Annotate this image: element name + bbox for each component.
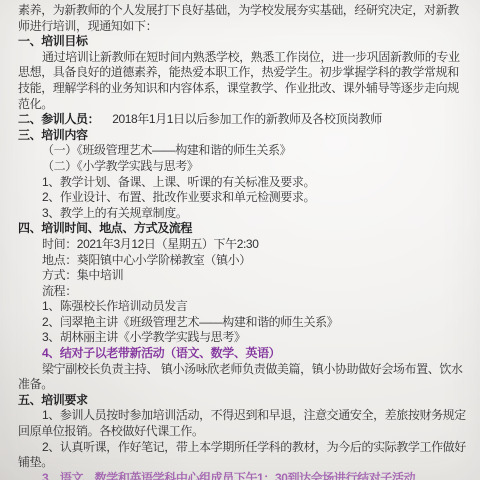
doc-line: （一）《班级管理艺术——构建和谐的师生关系》 xyxy=(0,143,480,159)
doc-line: 3、胡林丽主讲《小学教学实践与思考》 xyxy=(0,330,480,346)
doc-line: 梁宁副校长负责主持、 镇小汤咏欣老师负责做美篇，镇小协助做好会场布置、饮水 xyxy=(0,362,480,378)
section-heading-participants: 二、参训人员：2018年1月1日以后参加工作的新教师及各校顶岗教师 xyxy=(0,112,480,128)
doc-line: 素养，为新教师的个人发展打下良好基础，为学校发展夯实基础，经研究决定，对新教 xyxy=(0,3,480,19)
document-photo: 素养，为新教师的个人发展打下良好基础，为学校发展夯实基础，经研究决定，对新教 师… xyxy=(0,0,480,480)
doc-line: 1、陈强校长作培训动员发言 xyxy=(0,299,480,315)
doc-line-mode: 方式：集中培训 xyxy=(0,268,480,284)
participants-value: 2018年1月1日以后参加工作的新教师及各校顶岗教师 xyxy=(112,112,382,126)
doc-line-highlight-clipped: 3、语文、数学和英语学科中心组成员下午1：30到达会场进行结对子活动 xyxy=(0,471,480,480)
doc-line: 通过培训让新教师在短时间内熟悉学校，熟悉工作岗位，进一步巩固新教师的专业 xyxy=(0,50,480,66)
participants-label: 二、参训人员： xyxy=(18,112,99,126)
doc-line: 1、教学计划、备课、上课、听课的有关标准及要求。 xyxy=(0,175,480,191)
doc-line: 铺垫。 xyxy=(0,455,480,471)
doc-line-place: 地点：葵阳镇中心小学阶梯教室（镇小） xyxy=(0,253,480,269)
doc-line: 1、参训人员按时参加培训活动，不得迟到和早退，注意交通安全，差旅按财务规定 xyxy=(0,408,480,424)
section-heading-goals: 一、培训目标 xyxy=(0,34,480,50)
section-heading-schedule: 四、培训时间、地点、方式及流程 xyxy=(0,221,480,237)
doc-line: 3、教学上的有关规章制度。 xyxy=(0,206,480,222)
section-heading-requirements: 五、培训要求 xyxy=(0,393,480,409)
section-heading-content: 三、培训内容 xyxy=(0,128,480,144)
doc-line: 2、认真听课，作好笔记，带上本学期所任学科的教材，为今后的实际教学工作做好 xyxy=(0,440,480,456)
doc-line: 2、作业设计、布置、批改作业要求和单元检测要求。 xyxy=(0,190,480,206)
doc-line-time: 时间：2021年3月12日（星期五）下午2:30 xyxy=(0,237,480,253)
doc-line: 思想，具备良好的道德素养，能热爱本职工作，热爱学生。初步掌握学科的教学常规和 xyxy=(0,65,480,81)
doc-line: （二）《小学教学实践与思考》 xyxy=(0,159,480,175)
doc-line: 准备。 xyxy=(0,377,480,393)
doc-line-highlight: 4、结对子以老带新活动（语文、数学、英语） xyxy=(0,346,480,362)
doc-line: 师进行培训，现通知如下： xyxy=(0,19,480,35)
doc-line: 范化。 xyxy=(0,97,480,113)
doc-line: 2、闫翠艳主讲《班级管理艺术——构建和谐的师生关系》 xyxy=(0,315,480,331)
doc-line: 技能，理解学科的业务知识和内容体系，课堂教学、作业批改、课外辅导等逐步走向规 xyxy=(0,81,480,97)
notice-document: 素养，为新教师的个人发展打下良好基础，为学校发展夯实基础，经研究决定，对新教 师… xyxy=(0,3,480,480)
doc-line-flow: 流程： xyxy=(0,284,480,300)
doc-line: 回原单位报销。各校做好代课工作。 xyxy=(0,424,480,440)
